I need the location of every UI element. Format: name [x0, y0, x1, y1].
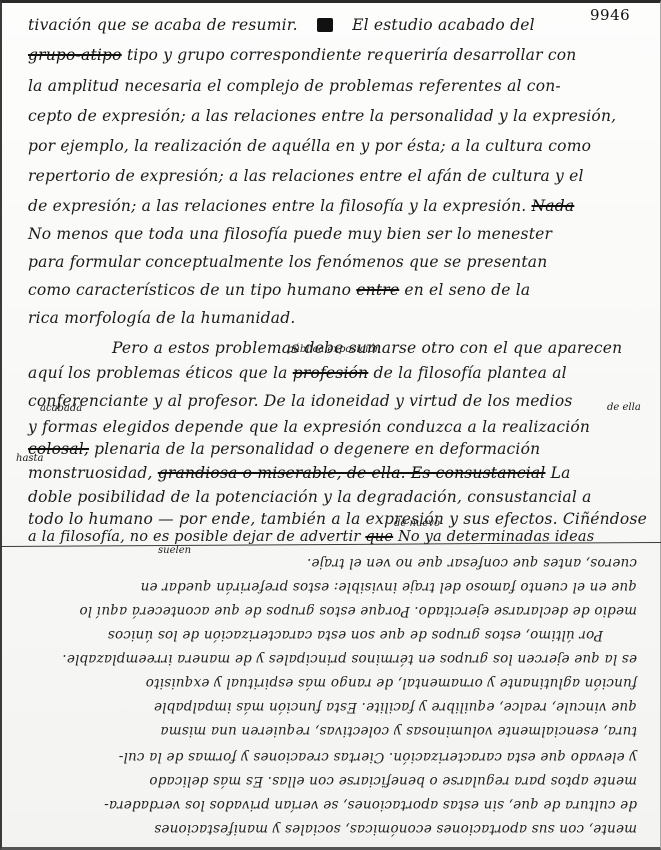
inverted-line: que en el cuento famoso del traje invisi… [10, 577, 637, 597]
line-text: en el seno de la [404, 281, 530, 299]
manuscript-line: como característicos de un tipo humano e… [28, 280, 652, 300]
line-text: tipo y grupo correspondiente requeriría … [127, 46, 577, 64]
manuscript-line: grupo-atipo tipo y grupo correspondiente… [28, 45, 652, 65]
line-text: tivación que se acaba de resumir. [28, 16, 298, 34]
inverted-line: de cultura de que, sin estas aportacione… [10, 795, 637, 815]
inverted-line: Por último, estos grupos de que son esta… [10, 625, 603, 645]
line-text: de expresión; a las relaciones entre la … [28, 197, 526, 215]
line-text: plenaria de la personalidad o degenere e… [94, 440, 540, 458]
insertion-note: pública exposición [287, 344, 381, 355]
manuscript-line: No menos que toda una filosofía puede mu… [28, 224, 652, 244]
manuscript-line: todo lo humano — por ende, también a la … [28, 509, 652, 529]
inverted-line: medio de declararse ejercitado. Porque e… [10, 601, 637, 621]
manuscript-line: aquí los problemas éticos que la profesi… [28, 363, 652, 383]
line-text: a la filosofía, no es posible dejar de a… [28, 529, 361, 545]
manuscript-line: tivación que se acaba de resumir. El est… [28, 15, 652, 35]
inverted-line: y elevado que esta caracterización. Cier… [10, 747, 637, 767]
struck-text: Nada [532, 197, 575, 215]
inverted-line: es la que ejercen los grupos en términos… [10, 649, 637, 669]
scribble-mark [317, 18, 333, 32]
inverted-line: función aglutinante y ornamental, de ran… [10, 673, 637, 693]
manuscript-line: para formular conceptualmente los fenóme… [28, 252, 652, 272]
manuscript-line: conferenciante y al profesor. De la idon… [28, 391, 652, 411]
manuscript-line: cepto de expresión; a las relaciones ent… [28, 106, 652, 126]
struck-text: que [365, 529, 393, 545]
inverted-line: cueros, antes que confesar que no ven el… [10, 553, 637, 573]
manuscript-line: la amplitud necesaria el complejo de pro… [28, 76, 652, 96]
inverted-line: mente, con sus aportaciones económicas, … [10, 819, 637, 839]
line-text: monstruosidad, [28, 464, 153, 482]
manuscript-line: de expresión; a las relaciones entre la … [28, 196, 652, 216]
manuscript-page: 9946 tivación que se acaba de resumir. E… [0, 0, 661, 850]
struck-text: entre [356, 281, 399, 299]
insertion-note: acabada [40, 403, 82, 414]
manuscript-line: doble posibilidad de la potenciación y l… [28, 487, 652, 507]
manuscript-line: y formas elegidos depende que la expresi… [28, 417, 652, 437]
line-text: de la filosofía plantea al [373, 364, 566, 382]
manuscript-line: colosal, plenaria de la personalidad o d… [28, 439, 652, 459]
manuscript-line: por ejemplo, la realización de aquélla e… [28, 136, 652, 156]
insertion-note: de ella [607, 402, 641, 413]
line-text: aquí los problemas éticos que la [28, 364, 288, 382]
struck-text: profesión [293, 364, 369, 382]
line-text: La [551, 464, 571, 482]
line-text: como característicos de un tipo humano [28, 281, 351, 299]
struck-text: grupo-atipo [28, 46, 122, 64]
manuscript-line: rica morfología de la humanidad. [28, 308, 652, 328]
manuscript-line: repertorio de expresión; a las relacione… [28, 166, 652, 186]
manuscript-line: Pero a estos problemas debe sumarse otro… [112, 338, 652, 358]
struck-text: grandiosa o miserable, de ella. Es consu… [158, 464, 546, 482]
inverted-line: mente aptos para regularse o beneficiars… [10, 771, 637, 791]
line-text: El estudio acabado del [352, 16, 535, 34]
inverted-line: tura, esencialmente voluminosas y colect… [10, 721, 637, 741]
inverted-text-section: mente, con sus aportaciones económicas, … [2, 551, 661, 850]
manuscript-line: monstruosidad, grandiosa o miserable, de… [28, 463, 652, 483]
inverted-line: que vincule, realce, equilibre y facilit… [10, 697, 637, 717]
